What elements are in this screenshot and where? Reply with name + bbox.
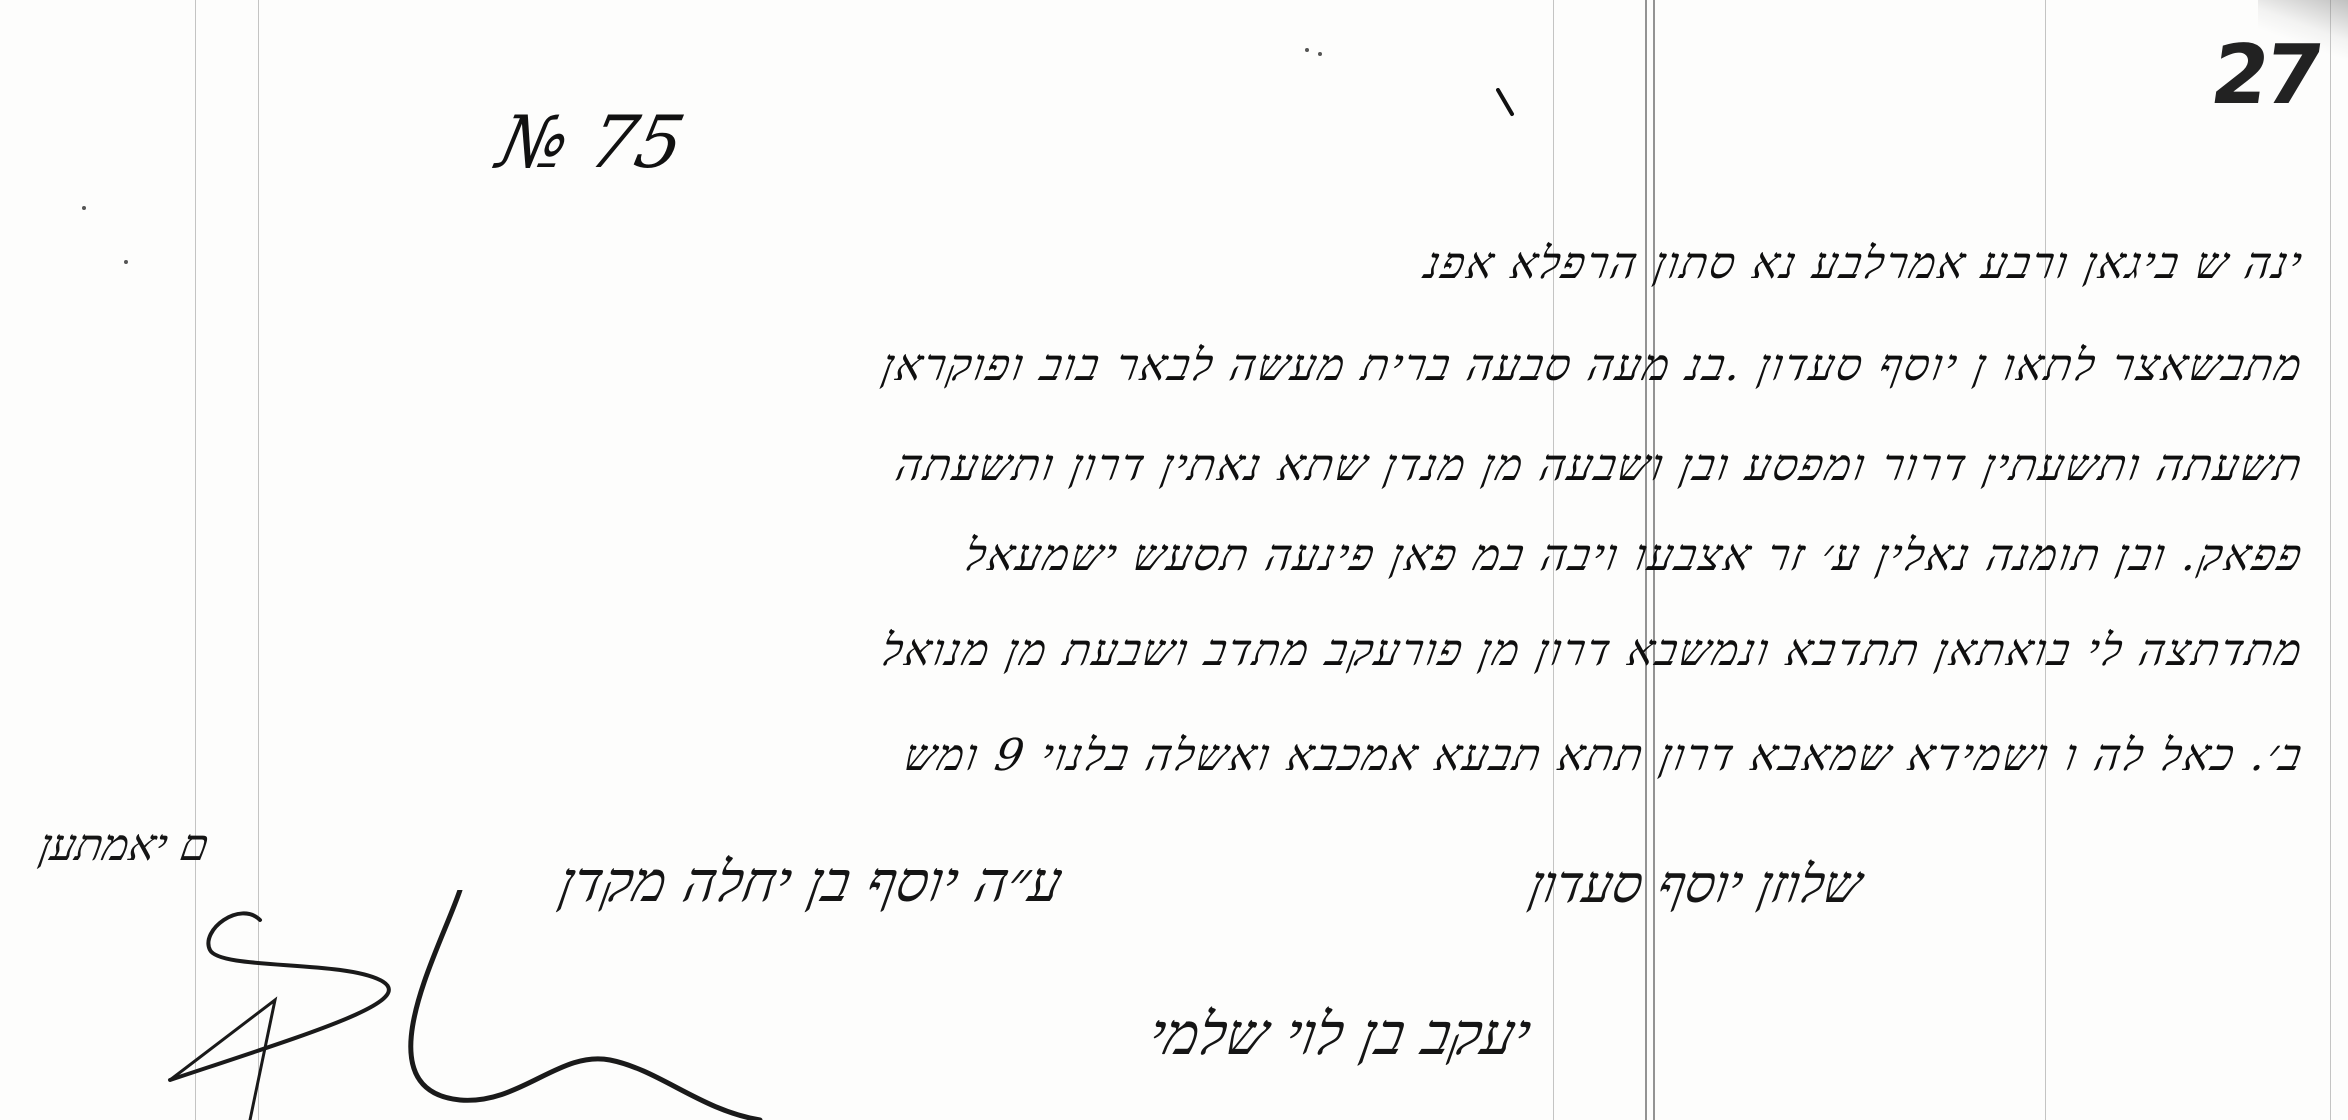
scanned-page: 27 № 75 ינה ש ביגאן ורבע אמרלבע נא סתון … [0, 0, 2348, 1120]
ink-speck [82, 206, 86, 210]
body-line-3: תשעתה ותשעתין דרור ומפסע ובן ושבעה מן מנ… [199, 440, 2308, 491]
body-line-5: מתדתצה לי בואתאן תתדבא ונמשבא דרון מן פו… [199, 625, 2308, 676]
body-line-6: ב׳. כאל לה ו ושמידא שמאבא דרון תתא תבעא … [9, 730, 2308, 781]
margin-note: ם יאמתען [36, 820, 213, 871]
ink-speck [1305, 48, 1309, 52]
document-number: № 75 [491, 100, 691, 184]
signature-right: שלוזן יוסף סעדון [1525, 855, 1867, 915]
body-line-4: פפאק. ובן תומנה נאלין ע׳ זר אצבעו ויבה ב… [199, 530, 2308, 581]
stray-mark-icon [1496, 88, 1516, 118]
signature-flourish-icon [140, 890, 860, 1120]
vertical-rule [2330, 0, 2331, 1120]
page-number: 27 [2205, 28, 2324, 123]
body-line-1: ינה ש ביגאן ורבע אמרלבע נא סתון הרפלא אפ… [899, 238, 2308, 289]
ink-speck [124, 260, 128, 264]
ink-speck [1318, 52, 1322, 56]
signature-bottom: יעקב בן לוי שלמי [1144, 1000, 1536, 1068]
body-line-2: מתבשאצר לתאו ן יוסף סעדון .בנ מעה סבעה ב… [199, 340, 2308, 391]
